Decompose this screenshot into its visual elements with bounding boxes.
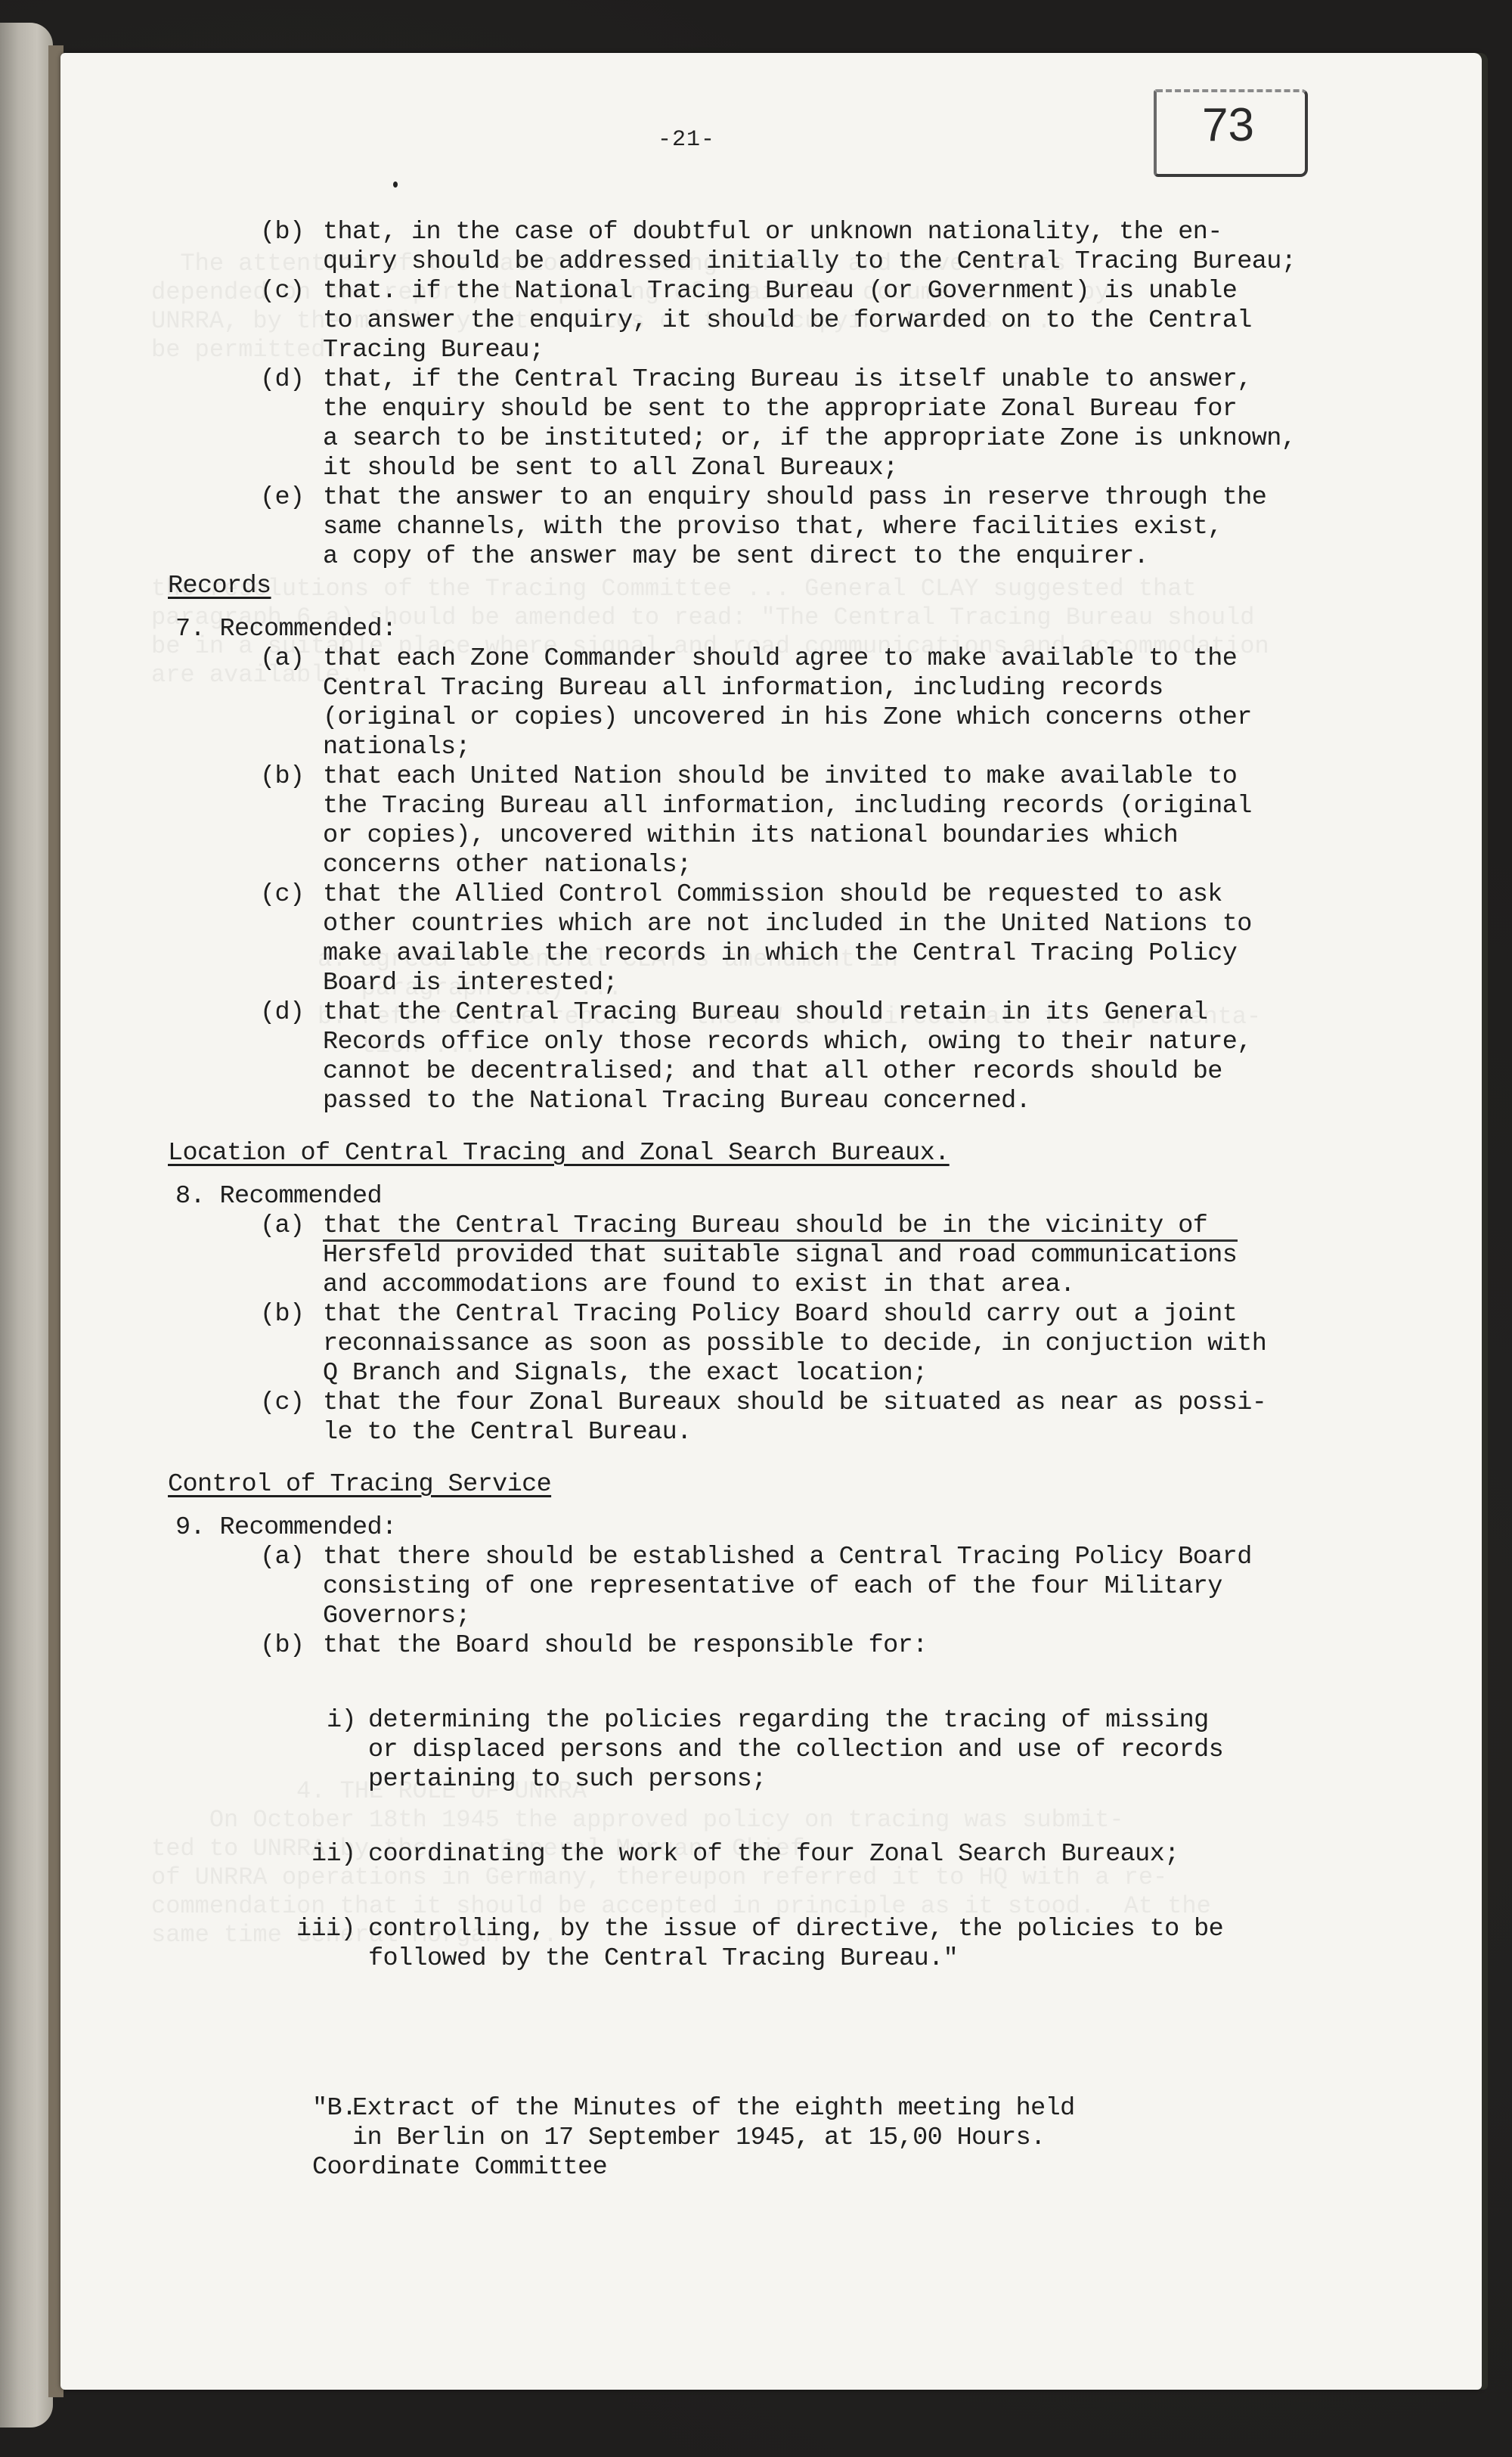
item-label: i) — [327, 1706, 356, 1736]
text-line: to answer the enquiry, it should be forw… — [168, 306, 1393, 336]
text-line: make available the records in which the … — [168, 939, 1393, 969]
text-line: that. if the National Tracing Bureau (or… — [168, 277, 1393, 306]
text-line: Tracing Bureau; — [168, 336, 1393, 365]
text-line: same channels, with the proviso that, wh… — [168, 513, 1393, 542]
text-line: Board is interested; — [168, 969, 1393, 998]
text-line: Central Tracing Bureau all information, … — [168, 674, 1393, 703]
item-label: (d) — [260, 365, 305, 395]
extract-label: "B. — [312, 2094, 357, 2123]
list-item: (b) that, in the case of doubtful or unk… — [168, 218, 1393, 277]
text-line: that, if the Central Tracing Bureau is i… — [168, 365, 1393, 395]
text-line: that, in the case of doubtful or unknown… — [168, 218, 1393, 247]
list-item: (b) that the Central Tracing Policy Boar… — [168, 1300, 1393, 1388]
text-line: that each Zone Commander should agree to… — [168, 644, 1393, 674]
adjacent-page-stack — [0, 23, 53, 2428]
section-heading: Location of Central Tracing and Zonal Se… — [168, 1139, 950, 1168]
text-line: the Tracing Bureau all information, incl… — [168, 792, 1393, 821]
sub-list-item: i) determining the policies regarding th… — [168, 1706, 1393, 1795]
item-label: (b) — [260, 762, 305, 792]
extract-title: Coordinate Committee — [312, 2153, 607, 2182]
text-line: consisting of one representative of each… — [168, 1572, 1393, 1602]
text-line: cannot be decentralised; and that all ot… — [168, 1057, 1393, 1087]
section-records: Records 7. Recommended: (a) that each Zo… — [168, 572, 1393, 1116]
text-line: that there should be established a Centr… — [168, 1543, 1393, 1572]
text-line: it should be sent to all Zonal Bureaux; — [168, 454, 1393, 483]
text-line: that the Allied Control Commission shoul… — [168, 880, 1393, 910]
list-item: (a) that the Central Tracing Bureau shou… — [168, 1211, 1393, 1300]
text-line: and accommodations are found to exist in… — [168, 1270, 1393, 1300]
document-page: The attention of the National Tracing Bu… — [60, 53, 1482, 2390]
text-line: Governors; — [168, 1602, 1393, 1631]
section-heading: Control of Tracing Service — [168, 1470, 551, 1500]
item-label: (a) — [260, 644, 305, 674]
text-line: quiry should be addressed initially to t… — [168, 247, 1393, 277]
list-item: (a) that each Zone Commander should agre… — [168, 644, 1393, 762]
recommendation-number: 7. Recommended: — [168, 615, 1393, 644]
text-line: Q Branch and Signals, the exact location… — [168, 1359, 1393, 1388]
text-line: followed by the Central Tracing Bureau." — [168, 1944, 1393, 1974]
item-label: (c) — [260, 880, 305, 910]
handwritten-underline — [323, 1239, 1238, 1242]
list-item: (c) that the Allied Control Commission s… — [168, 880, 1393, 998]
item-label: (c) — [260, 1388, 305, 1418]
text-line: concerns other nationals; — [168, 851, 1393, 880]
text-line: Hersfeld provided that suitable signal a… — [168, 1241, 1393, 1270]
text-line: a search to be instituted; or, if the ap… — [168, 424, 1393, 454]
text-line: the enquiry should be sent to the approp… — [168, 395, 1393, 424]
list-item: (c) that. if the National Tracing Bureau… — [168, 277, 1393, 365]
text-line: a copy of the answer may be sent direct … — [168, 542, 1393, 572]
text-line: le to the Central Bureau. — [168, 1418, 1393, 1447]
text-line: Records office only those records which,… — [168, 1028, 1393, 1057]
text-line: or displaced persons and the collection … — [168, 1736, 1393, 1765]
section-extract: "B. Coordinate Committee Extract of the … — [168, 2065, 1393, 2153]
ink-speck — [393, 181, 398, 188]
list-item: (d) that the Central Tracing Bureau shou… — [168, 998, 1393, 1116]
text-line: that the Central Tracing Bureau should r… — [168, 998, 1393, 1028]
folio-stamp: 73 — [1154, 89, 1308, 177]
item-label: (a) — [260, 1211, 305, 1241]
section-heading: Records — [168, 572, 271, 601]
text-line: pertaining to such persons; — [168, 1765, 1393, 1795]
section-location: Location of Central Tracing and Zonal Se… — [168, 1139, 1393, 1447]
item-label: (a) — [260, 1543, 305, 1572]
item-label: (e) — [260, 483, 305, 513]
section-continuation: (b) that, in the case of doubtful or unk… — [168, 218, 1393, 572]
sub-list-item: iii) controlling, by the issue of direct… — [168, 1915, 1393, 1974]
list-item: (c) that the four Zonal Bureaux should b… — [168, 1388, 1393, 1447]
item-label: (b) — [260, 1631, 305, 1661]
text-line: that the Board should be responsible for… — [168, 1631, 1393, 1661]
folio-number: 73 — [1202, 98, 1254, 152]
item-label: (b) — [260, 1300, 305, 1329]
text-line: that each United Nation should be invite… — [168, 762, 1393, 792]
text-line: (original or copies) uncovered in his Zo… — [168, 703, 1393, 733]
text-line: that the Central Tracing Bureau should b… — [168, 1211, 1393, 1241]
text-line: that the answer to an enquiry should pas… — [168, 483, 1393, 513]
text-line: that the four Zonal Bureaux should be si… — [168, 1388, 1393, 1418]
item-label: (c) — [260, 277, 305, 306]
document-body: (b) that, in the case of doubtful or unk… — [168, 218, 1393, 2153]
recommendation-number: 8. Recommended — [168, 1182, 1393, 1211]
list-item: (d) that, if the Central Tracing Bureau … — [168, 365, 1393, 483]
text-line: nationals; — [168, 733, 1393, 762]
text-line: passed to the National Tracing Bureau co… — [168, 1087, 1393, 1116]
sub-list-item: ii) coordinating the work of the four Zo… — [168, 1840, 1393, 1869]
item-label: (d) — [260, 998, 305, 1028]
list-item: (b) that the Board should be responsible… — [168, 1631, 1393, 1661]
text-line: that the Central Tracing Policy Board sh… — [168, 1300, 1393, 1329]
item-label: (b) — [260, 218, 305, 247]
text-line: other countries which are not included i… — [168, 910, 1393, 939]
item-label: iii) — [296, 1915, 355, 1944]
text-line: or copies), uncovered within its nationa… — [168, 821, 1393, 851]
text-line: reconnaissance as soon as possible to de… — [168, 1329, 1393, 1359]
section-control: Control of Tracing Service 9. Recommende… — [168, 1470, 1393, 1974]
page-number: -21- — [658, 127, 715, 153]
recommendation-number: 9. Recommended: — [168, 1513, 1393, 1543]
list-item: (b) that each United Nation should be in… — [168, 762, 1393, 880]
list-item: (a) that there should be established a C… — [168, 1543, 1393, 1631]
item-label: ii) — [311, 1840, 356, 1869]
list-item: (e) that the answer to an enquiry should… — [168, 483, 1393, 572]
